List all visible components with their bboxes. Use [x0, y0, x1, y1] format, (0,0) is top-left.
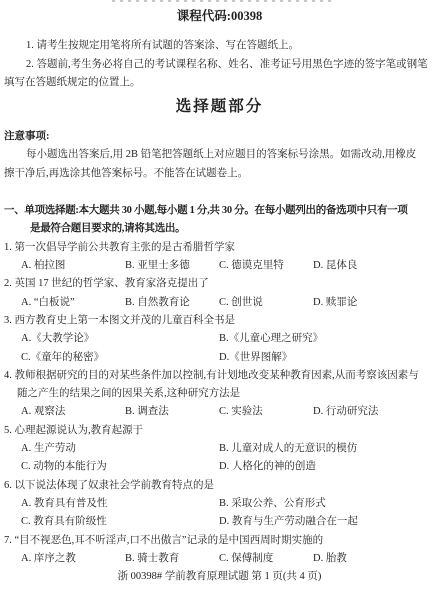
question-3-stem: 3. 西方教育史上第一本图文并茂的儿童百科全书是 [4, 312, 435, 330]
question-6-options-row-1: A. 教育具有普及性 B. 采取公养、公育形式 [21, 495, 435, 513]
notice-line-2: 擦干净后,再选涂其他答案标号。不能答在试题卷上。 [4, 165, 435, 184]
instruction-item-1: 1. 请考生按规定用笔将所有试题的答案涂、写在答题纸上。 [4, 37, 435, 56]
question-5: 5. 心理起源说认为,教育起源于 A. 生产劳动 B. 儿童对成人的无意识的模仿… [4, 422, 435, 477]
section-title: 选择题部分 [4, 96, 435, 118]
question-5-options-row-1: A. 生产劳动 B. 儿童对成人的无意识的模仿 [21, 440, 435, 458]
question-7: 7. “目不视恶色,耳不听淫声,口不出傲言”记录的是中国西周时期实施的 A. 庠… [4, 532, 435, 569]
option-c: C. 实验法 [219, 403, 313, 421]
option-c: C. 教育具有阶级性 [21, 513, 219, 531]
option-a: A. 柏拉图 [21, 257, 125, 275]
question-4-options: A. 观察法 B. 调查法 C. 实验法 D. 行动研究法 [21, 403, 435, 421]
question-1-options: A. 柏拉图 B. 亚里士多德 C. 德谟克里特 D. 昆体良 [21, 257, 435, 275]
option-b: B. 自然教育论 [125, 294, 219, 312]
option-d: D. 教育与生产劳动融合在一起 [219, 513, 435, 531]
page-footer: 浙 00398# 学前教育原理试题 第 1 页(共 4 页) [0, 569, 439, 585]
option-b: B. 儿童对成人的无意识的模仿 [219, 440, 435, 458]
part-one-heading: 一、单项选择题:本大题共 30 小题,每小题 1 分,共 30 分。在每小题列出… [4, 202, 435, 239]
part-one-heading-line-1: 一、单项选择题:本大题共 30 小题,每小题 1 分,共 30 分。在每小题列出… [4, 202, 435, 220]
notice-heading: 注意事项: [4, 128, 435, 147]
candidate-instructions: 1. 请考生按规定用笔将所有试题的答案涂、写在答题纸上。 2. 答题前,考生务必… [4, 37, 435, 93]
option-c: C. 德谟克里特 [219, 257, 313, 275]
question-2-stem: 2. 英国 17 世纪的哲学家、教育家洛克提出了 [4, 275, 435, 293]
option-d: D. 行动研究法 [313, 403, 435, 421]
option-c: C. 保傅制度 [219, 550, 313, 568]
cropped-top-line-remnant [112, 0, 332, 2]
exam-paper-page: 课程代码:00398 1. 请考生按规定用笔将所有试题的答案涂、写在答题纸上。 … [0, 0, 439, 595]
option-a: A. 观察法 [21, 403, 125, 421]
option-a: A. 庠序之教 [21, 550, 125, 568]
option-b: B. 采取公养、公育形式 [219, 495, 435, 513]
option-b: B. 调查法 [125, 403, 219, 421]
question-6: 6. 以下说法体现了奴隶社会学前教育特点的是 A. 教育具有普及性 B. 采取公… [4, 477, 435, 532]
question-5-options-row-2: C. 动物的本能行为 D. 人格化的神的创造 [21, 458, 435, 476]
part-one-heading-line-2: 是最符合题目要求的,请将其选出。 [4, 220, 435, 238]
option-d: D. 人格化的神的创造 [219, 458, 435, 476]
option-c: C. 创世说 [219, 294, 313, 312]
question-1: 1. 第一次倡导学前公共教育主张的是古希腊哲学家 A. 柏拉图 B. 亚里士多德… [4, 239, 435, 276]
option-d: D. 昆体良 [313, 257, 435, 275]
option-d: D. 胎教 [313, 550, 435, 568]
question-7-options: A. 庠序之教 B. 骑士教育 C. 保傅制度 D. 胎教 [21, 550, 435, 568]
option-a: A. “白板说” [21, 294, 125, 312]
question-3-options-row-1: A.《大教学论》 B.《儿童心理之研究》 [21, 330, 435, 348]
option-c: C. 动物的本能行为 [21, 458, 219, 476]
question-1-stem: 1. 第一次倡导学前公共教育主张的是古希腊哲学家 [4, 239, 435, 257]
option-c: C.《童年的秘密》 [21, 349, 219, 367]
notice-line-1: 每小题选出答案后,用 2B 铅笔把答题纸上对应题目的答案标号涂黑。如需改动,用橡… [4, 146, 435, 165]
question-3: 3. 西方教育史上第一本图文并茂的儿童百科全书是 A.《大教学论》 B.《儿童心… [4, 312, 435, 367]
question-3-options-row-2: C.《童年的秘密》 D.《世界图解》 [21, 349, 435, 367]
option-a: A. 生产劳动 [21, 440, 219, 458]
question-4-stem-line-1: 4. 教师根据研究的目的对某些条件加以控制,有计划地改变某种教育因素,从而考察该… [4, 367, 435, 385]
option-b: B.《儿童心理之研究》 [219, 330, 435, 348]
instruction-item-2-line-1: 2. 答题前,考生务必将自己的考试课程名称、姓名、准考证号用黑色字迹的签字笔或钢… [4, 56, 435, 75]
option-d: D. 赎罪论 [313, 294, 435, 312]
question-2-options: A. “白板说” B. 自然教育论 C. 创世说 D. 赎罪论 [21, 294, 435, 312]
option-d: D.《世界图解》 [219, 349, 435, 367]
question-4-stem-line-2: 随之产生的结果之间的因果关系,这种研究方法是 [4, 385, 435, 403]
notice-paragraph: 每小题选出答案后,用 2B 铅笔把答题纸上对应题目的答案标号涂黑。如需改动,用橡… [4, 146, 435, 183]
option-a: A.《大教学论》 [21, 330, 219, 348]
question-6-stem: 6. 以下说法体现了奴隶社会学前教育特点的是 [4, 477, 435, 495]
question-7-stem: 7. “目不视恶色,耳不听淫声,口不出傲言”记录的是中国西周时期实施的 [4, 532, 435, 550]
question-list: 1. 第一次倡导学前公共教育主张的是古希腊哲学家 A. 柏拉图 B. 亚里士多德… [4, 239, 435, 568]
question-5-stem: 5. 心理起源说认为,教育起源于 [4, 422, 435, 440]
option-b: B. 亚里士多德 [125, 257, 219, 275]
question-2: 2. 英国 17 世纪的哲学家、教育家洛克提出了 A. “白板说” B. 自然教… [4, 275, 435, 312]
option-a: A. 教育具有普及性 [21, 495, 219, 513]
instruction-item-2-line-2: 填写在答题纸规定的位置上。 [4, 74, 435, 93]
course-code-heading: 课程代码:00398 [4, 7, 435, 26]
question-6-options-row-2: C. 教育具有阶级性 D. 教育与生产劳动融合在一起 [21, 513, 435, 531]
option-b: B. 骑士教育 [125, 550, 219, 568]
question-4: 4. 教师根据研究的目的对某些条件加以控制,有计划地改变某种教育因素,从而考察该… [4, 367, 435, 422]
